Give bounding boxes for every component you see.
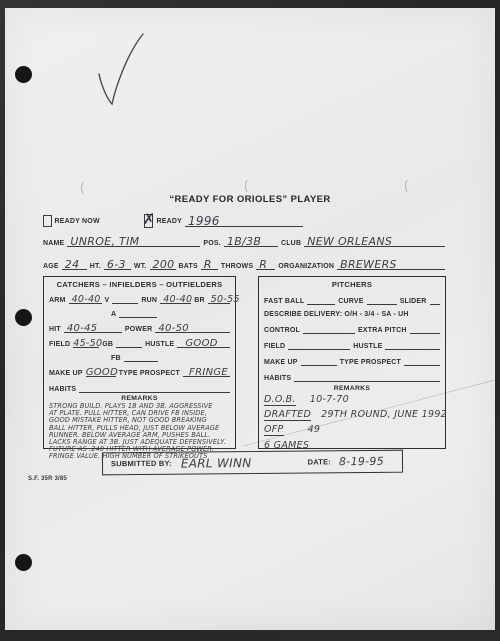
ready-now-label: READY NOW [55,218,100,225]
curve-label: CURVE [338,298,363,305]
pitchers-remarks-header: REMARKS [264,385,440,392]
hustle-label: HUSTLE [145,341,174,348]
dob-label: D.O.B. [264,394,296,406]
power-value: 40-50 [158,323,189,334]
position-players-box: CATCHERS – INFIELDERS – OUTFIELDERS ARM … [43,276,236,449]
pitcher-field-label: FIELD [264,343,285,350]
pitcher-type-prospect-label: TYPE PROSPECT [340,359,401,366]
hole-punch-dot [15,554,32,571]
arm-v-field [112,293,138,304]
br-label: BR [194,297,205,304]
field-label: FIELD [49,341,70,348]
pitcher-hustle-label: HUSTLE [353,343,382,350]
hit-field: 40-45 [64,322,122,333]
control-label: CONTROL [264,327,300,334]
hole-punch-dot [15,66,32,83]
check-x-mark: ✗ [143,210,156,228]
club-value: NEW ORLEANS [307,235,392,248]
fast-ball-field [307,294,335,305]
submitted-by-value: EARL WINN [181,456,252,471]
run-value: 40-40 [163,294,192,305]
hustle-value: GOOD [185,338,217,349]
scan-artifact-arc [245,178,256,194]
habits-label: HABITS [49,386,76,393]
gb-label: GB [102,341,113,348]
age-value: 24 [65,258,80,271]
wt-field: 200 [150,259,176,270]
form-title: “READY FOR ORIOLES” PLAYER [5,194,495,205]
bats-label: BATS [179,263,198,270]
run-field: 40-40 [160,293,191,304]
name-value: UNROE, TIM [70,235,139,248]
date-value: 8-19-95 [339,455,384,468]
hit-label: HIT [49,326,61,333]
submitted-by-label: SUBMITTED BY: [111,459,172,469]
paper-sheet: “READY FOR ORIOLES” PLAYER READY NOW ✗ R… [5,8,495,630]
fb-field [124,351,158,362]
arm-value: 40-40 [72,294,101,305]
hustle-field: GOOD [177,337,230,348]
dob-value: 10-7-70 [310,394,349,405]
ht-field: 6-3 [104,259,131,270]
wt-value: 200 [153,258,175,271]
describe-delivery-label: DESCRIBE DELIVERY: O/H - 3/4 - SA - UH [264,311,409,318]
field-field: 45-50 [73,337,99,348]
pitcher-habits-label: HABITS [264,375,291,382]
handwritten-checkmark [93,30,147,112]
ready-year-value: 1996 [188,214,220,228]
makeup-value: GOOD [86,367,118,378]
ht-value: 6-3 [107,258,126,271]
throws-value: R [259,258,267,271]
pitcher-makeup-label: MAKE UP [264,359,298,366]
br-value: 50-55 [211,294,240,305]
hit-value: 40-45 [67,323,98,334]
pitcher-makeup-field [301,355,337,366]
pitcher-field-field [288,339,350,350]
date-label: DATE: [308,457,331,466]
scan-artifact-arc [405,178,416,194]
pitcher-hustle-field [385,339,440,350]
scanned-scouting-report: { "header": { "title": "\u201cREADY FOR … [0,0,500,641]
run-label: RUN [141,297,157,304]
ready-checkbox: ✗ [144,214,154,228]
throws-label: THROWS [221,263,253,270]
arm-a-label: A [111,311,116,318]
slider-label: SLIDER [400,298,427,305]
habits-field [79,382,230,393]
makeup-field: GOOD [86,366,116,377]
control-field [303,323,355,334]
makeup-label: MAKE UP [49,370,83,377]
pitcher-habits-field [294,371,440,382]
name-field: UNROE, TIM [67,236,200,247]
pitchers-box-header: PITCHERS [264,280,440,289]
club-field: NEW ORLEANS [304,236,445,247]
arm-v-label: V [105,297,110,304]
fast-ball-label: FAST BALL [264,298,304,305]
power-label: POWER [125,326,152,333]
wt-label: WT. [134,263,147,270]
field-value: 45-50 [73,338,102,349]
power-field: 40-50 [155,322,230,333]
ready-now-checkbox [43,215,52,227]
arm-label: ARM [49,297,66,304]
type-prospect-value: FRINGE [189,367,228,378]
br-field: 50-55 [208,293,230,304]
pos-field: 1B/3B [224,236,278,247]
pos-label: POS. [203,240,221,247]
gb-field [116,337,142,348]
ofp-value: 49 [308,424,321,435]
form-number: S.F. 35R 3/85 [28,476,67,482]
bats-field: R [201,259,218,270]
age-field: 24 [62,259,87,270]
club-label: CLUB [281,240,301,247]
organization-label: ORGANIZATION [278,263,334,270]
organization-value: BREWERS [340,258,397,271]
bats-value: R [204,258,212,271]
pos-value: 1B/3B [227,235,261,248]
drafted-value: 29TH ROUND, JUNE 1992 [321,409,447,420]
ht-label: HT. [90,263,101,270]
pitchers-box: PITCHERS FAST BALL CURVE SLIDER DESCRIBE… [258,276,446,449]
arm-field: 40-40 [69,293,102,304]
drafted-label: DRAFTED [264,409,311,421]
arm-a-field [119,307,157,318]
type-prospect-label: TYPE PROSPECT [119,370,180,377]
hole-punch-dot [15,309,32,326]
curve-field [367,294,397,305]
fb-label: FB [111,355,121,362]
position-remarks-header: REMARKS [49,395,230,402]
type-prospect-field: FRINGE [183,366,230,377]
position-box-header: CATCHERS – INFIELDERS – OUTFIELDERS [49,280,230,289]
ready-year-field: 1996 [185,216,303,227]
name-label: NAME [43,240,64,247]
organization-field: BREWERS [337,259,445,270]
extra-pitch-label: EXTRA PITCH [358,327,407,334]
extra-pitch-field [410,323,440,334]
games-value: 6 GAMES [264,440,309,451]
pitcher-type-prospect-field [404,355,440,366]
ofp-label: OFP [264,424,284,436]
slider-field [430,294,440,305]
age-label: AGE [43,263,59,270]
throws-field: R [256,259,275,270]
ready-label: READY [156,218,182,225]
submitted-bar: SUBMITTED BY: EARL WINN DATE: 8-19-95 [102,450,403,476]
